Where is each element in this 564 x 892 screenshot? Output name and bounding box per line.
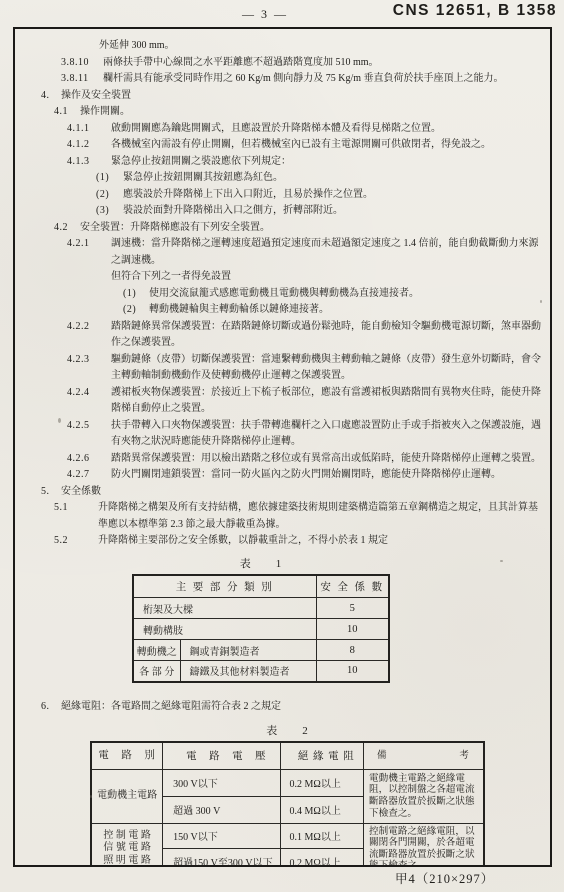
clause-4-1-3: 4.1.3緊急停止按鈕開關之裝設應依下列規定： — [67, 154, 546, 171]
table-header-row: 主 要 部 分 類 別 安 全 係 數 — [133, 575, 389, 598]
clause-number: 4.1.2 — [67, 137, 111, 154]
clause-text: 驅動鏈條（皮帶）切斷保護裝置：當連繫轉動機與主轉動軸之鏈條（皮帶）發生意外切斷時… — [111, 352, 546, 385]
table2-title: 表 2 — [90, 722, 485, 738]
clause-number: 4.2.1 — [67, 236, 111, 269]
category-group-cell: 各 部 分 — [133, 661, 180, 682]
clause-4-1-3-item-3: (3)裝設於面對升降階梯出入口之側方，折轉部附近。 — [96, 203, 546, 220]
clause-number: 4.2.4 — [67, 385, 111, 418]
table1-title: 表 1 — [132, 555, 390, 571]
clause-number: 4.2.2 — [67, 319, 111, 352]
category-cell: 桁架及大樑 — [133, 598, 316, 619]
circuit-cell: 控 制 電 路 信 號 電 路 照 明 電 路 — [91, 823, 163, 867]
column-header-factor: 安 全 係 數 — [316, 575, 389, 598]
circuit-line-lighting: 照 明 電 路 — [95, 855, 159, 867]
clause-4-2-7: 4.2.7防火門關閉連鎖裝置：當同一防火區內之防火門開始關閉時，應能使升降階梯停… — [67, 467, 546, 484]
clause-3-8-9-continuation: 外延伸 300 mm。 — [99, 38, 546, 55]
remark-header-right: 考 — [459, 750, 470, 762]
page-number: — 3 — — [225, 7, 305, 22]
resistance-cell: 0.1 MΩ以上 — [280, 823, 364, 849]
clause-number: 5. — [41, 484, 61, 501]
scan-speck — [500, 560, 503, 562]
clause-number: 4.2.5 — [67, 418, 111, 451]
insulation-resistance-table: 電 路 別 電 路 電 壓 絕 緣 電 阻 備考 電動機主電路 300 V以下 … — [90, 741, 485, 867]
clause-text: 操作及安全裝置 — [61, 88, 546, 105]
clause-4-1-3-item-1: (1)緊急停止按鈕開關其按鈕應為紅色。 — [96, 170, 546, 187]
remark-cell: 電動機主電路之絕緣電阻，以控制盤之各超電流斷路器放置於扳斷之狀態下檢查之。 — [364, 769, 484, 823]
clause-text: 欄杆需具有能承受同時作用之 60 Kg/m 側向靜力及 75 Kg/m 垂直負荷… — [103, 71, 546, 88]
clause-4-2-3: 4.2.3驅動鏈條（皮帶）切斷保護裝置：當連繫轉動機與主轉動軸之鏈條（皮帶）發生… — [67, 352, 546, 385]
clause-number: 4.1 — [54, 104, 80, 121]
standard-code: CNS 12651, B 1358 — [393, 2, 557, 20]
resistance-cell: 0.2 MΩ以上 — [280, 769, 364, 796]
clause-text: 各機械室內需設有停止開關，但若機械室內已設有主電源開關可供啟閉者，得免設之。 — [111, 137, 546, 154]
item-text: 應裝設於升降階梯上下出入口附近，且易於操作之位置。 — [123, 187, 546, 204]
clause-3-8-11: 3.8.11欄杆需具有能承受同時作用之 60 Kg/m 側向靜力及 75 Kg/… — [61, 71, 546, 88]
clause-text: 踏階異常保護裝置：用以檢出踏階之移位或有異常高出或低陷時，能使升降階梯停止運轉之… — [111, 451, 546, 468]
clause-text: 啟動開關應為鑰匙開關式，且應設置於升降階梯本體及看得見梯階之位置。 — [111, 121, 546, 138]
clause-text: 外延伸 300 mm。 — [99, 38, 546, 55]
clause-5-1: 5.1升降階梯之構架及所有支持結構，應依據建築技術規則建築構造篇第五章鋼構造之規… — [54, 500, 546, 533]
clause-4-1-3-item-2: (2)應裝設於升降階梯上下出入口附近，且易於操作之位置。 — [96, 187, 546, 204]
item-number: (1) — [96, 170, 123, 187]
clause-text: 防火門關閉連鎖裝置：當同一防火區內之防火門開始關閉時，應能使升降階梯停止運轉。 — [111, 467, 546, 484]
clause-text: 安全係數 — [61, 484, 546, 501]
clause-text: 兩條扶手帶中心線間之水平距離應不超過踏階寬度加 510 mm。 — [103, 55, 546, 72]
clause-number: 3.8.10 — [61, 55, 103, 72]
scan-speck — [540, 300, 542, 303]
remark-cell: 控制電路之絕緣電阻，以關閉各門開關，於各超電流斷路器放置於扳斷之狀態下檢查之。 — [364, 823, 484, 867]
clause-4-2: 4.2安全裝置：升降階梯應設有下列安全裝置。 — [54, 220, 546, 237]
column-header-voltage: 電 路 電 壓 — [163, 742, 280, 769]
clause-text: 護裙板夾物保護裝置：於接近上下梳子板部位，應設有當護裙板與踏階間有異物夾住時，能… — [111, 385, 546, 418]
paper-size-footnote: 甲4（210×297） — [395, 869, 494, 887]
item-number: (3) — [96, 203, 123, 220]
clause-number: 4.2.7 — [67, 467, 111, 484]
table-row: 轉動機之 鋼或青銅製造者 8 — [133, 640, 389, 661]
category-group-cell: 轉動機之 — [133, 640, 180, 661]
clause-text: 調速機：當升降階梯之運轉速度超過預定速度而未超過額定速度之 1.4 倍前，能自動… — [111, 236, 546, 269]
clause-number: 4.2.3 — [67, 352, 111, 385]
item-number: (1) — [123, 286, 149, 303]
clause-number: 4.2 — [54, 220, 80, 237]
category-cell: 轉動構肢 — [133, 619, 316, 640]
clause-4-2-5: 4.2.5扶手帶轉入口夾物保護裝置：扶手帶轉進欄杆之入口處應設置防止手或手指被夾… — [67, 418, 546, 451]
safety-factor-table: 主 要 部 分 類 別 安 全 係 數 桁架及大樑 5 轉動構肢 10 轉動機之… — [132, 574, 390, 683]
circuit-line-control: 控 制 電 路 — [95, 830, 159, 843]
clause-text: 踏階鏈條異常保護裝置：在踏階鏈條切斷或過份鬆弛時，能自動檢知令驅動機電源切斷，煞… — [111, 319, 546, 352]
table-row: 桁架及大樑 5 — [133, 598, 389, 619]
content-border-frame: 外延伸 300 mm。 3.8.10兩條扶手帶中心線間之水平距離應不超過踏階寬度… — [13, 27, 552, 867]
section-4-heading: 4.操作及安全裝置 — [41, 88, 546, 105]
item-text: 裝設於面對升降階梯出入口之側方，折轉部附近。 — [123, 203, 546, 220]
voltage-cell: 300 V以下 — [163, 769, 280, 796]
table-row: 控 制 電 路 信 號 電 路 照 明 電 路 150 V以下 0.1 MΩ以上… — [91, 823, 484, 849]
item-number: (2) — [123, 302, 149, 319]
scan-speck — [58, 418, 61, 423]
scanned-standard-page: — 3 — CNS 12651, B 1358 外延伸 300 mm。 3.8.… — [0, 0, 564, 892]
item-text: 緊急停止按鈕開關其按鈕應為紅色。 — [123, 170, 546, 187]
column-header-resistance: 絕 緣 電 阻 — [280, 742, 364, 769]
clause-number: 5.1 — [54, 500, 98, 533]
scan-speck — [90, 795, 92, 798]
clause-3-8-10: 3.8.10兩條扶手帶中心線間之水平距離應不超過踏階寬度加 510 mm。 — [61, 55, 546, 72]
remark-header-left: 備 — [377, 750, 388, 762]
clause-number: 3.8.11 — [61, 71, 103, 88]
clause-5-2: 5.2升降階梯主要部份之安全係數，以靜載重計之，不得小於表 1 規定 — [54, 533, 546, 550]
circuit-cell: 電動機主電路 — [91, 769, 163, 823]
clause-text: 升降階梯主要部份之安全係數，以靜載重計之，不得小於表 1 規定 — [98, 533, 546, 550]
clause-number: 4.1.3 — [67, 154, 111, 171]
column-header-remark: 備考 — [364, 742, 484, 769]
factor-cell: 10 — [316, 619, 389, 640]
clause-4-2-2: 4.2.2踏階鏈條異常保護裝置：在踏階鏈條切斷或過份鬆弛時，能自動檢知令驅動機電… — [67, 319, 546, 352]
circuit-line-signal: 信 號 電 路 — [95, 842, 159, 855]
item-number: (2) — [96, 187, 123, 204]
clause-4-2-1-item-1: (1)使用交流鼠籠式感應電動機且電動機與轉動機為直接連接者。 — [123, 286, 546, 303]
voltage-cell: 超過 300 V — [163, 796, 280, 823]
clause-text: 操作開關。 — [80, 104, 546, 121]
clause-number: 5.2 — [54, 533, 98, 550]
factor-cell: 10 — [316, 661, 389, 682]
voltage-cell: 150 V以下 — [163, 823, 280, 849]
factor-cell: 5 — [316, 598, 389, 619]
clause-text: 扶手帶轉入口夾物保護裝置：扶手帶轉進欄杆之入口處應設置防止手或手指被夾入之保護設… — [111, 418, 546, 451]
clause-number: 4.1.1 — [67, 121, 111, 138]
table-row: 各 部 分 鑄鐵及其他材料製造者 10 — [133, 661, 389, 682]
category-cell: 鋼或青銅製造者 — [180, 640, 316, 661]
remark-header-spread: 備考 — [369, 750, 478, 762]
table-row: 轉動構肢 10 — [133, 619, 389, 640]
column-header-circuit: 電 路 別 — [91, 742, 163, 769]
clause-4-1-1: 4.1.1啟動開關應為鑰匙開關式，且應設置於升降階梯本體及看得見梯階之位置。 — [67, 121, 546, 138]
clause-4-2-6: 4.2.6踏階異常保護裝置：用以檢出踏階之移位或有異常高出或低陷時，能使升降階梯… — [67, 451, 546, 468]
section-5-heading: 5.安全係數 — [41, 484, 546, 501]
resistance-cell: 0.2 MΩ以上 — [280, 849, 364, 867]
clause-4-2-1-exception-note: 但符合下列之一者得免設置 — [111, 269, 546, 286]
clause-4-2-1: 4.2.1調速機：當升降階梯之運轉速度超過預定速度而未超過額定速度之 1.4 倍… — [67, 236, 546, 269]
section-6-heading: 6.絕緣電阻：各電路間之絕緣電阻需符合表 2 之規定 — [41, 699, 546, 716]
item-text: 使用交流鼠籠式感應電動機且電動機與轉動機為直接連接者。 — [149, 286, 546, 303]
item-text: 轉動機鏈輪與主轉動輪係以鏈條連接著。 — [149, 302, 546, 319]
clause-text: 緊急停止按鈕開關之裝設應依下列規定： — [111, 154, 546, 171]
voltage-cell: 超過150 V至300 V以下 — [163, 849, 280, 867]
resistance-cell: 0.4 MΩ以上 — [280, 796, 364, 823]
column-header-category: 主 要 部 分 類 別 — [133, 575, 316, 598]
clause-4-2-1-item-2: (2)轉動機鏈輪與主轉動輪係以鏈條連接著。 — [123, 302, 546, 319]
table-row: 電動機主電路 300 V以下 0.2 MΩ以上 電動機主電路之絕緣電阻，以控制盤… — [91, 769, 484, 796]
table-header-row: 電 路 別 電 路 電 壓 絕 緣 電 阻 備考 — [91, 742, 484, 769]
factor-cell: 8 — [316, 640, 389, 661]
clause-4-1-2: 4.1.2各機械室內需設有停止開關，但若機械室內已設有主電源開關可供啟閉者，得免… — [67, 137, 546, 154]
clause-text: 絕緣電阻：各電路間之絕緣電阻需符合表 2 之規定 — [61, 699, 546, 716]
clause-text: 安全裝置：升降階梯應設有下列安全裝置。 — [80, 220, 546, 237]
clause-number: 4.2.6 — [67, 451, 111, 468]
category-cell: 鑄鐵及其他材料製造者 — [180, 661, 316, 682]
clause-4-2-4: 4.2.4護裙板夾物保護裝置：於接近上下梳子板部位，應設有當護裙板與踏階間有異物… — [67, 385, 546, 418]
clause-number: 6. — [41, 699, 61, 716]
clause-4-1: 4.1操作開關。 — [54, 104, 546, 121]
clause-text: 升降階梯之構架及所有支持結構，應依據建築技術規則建築構造篇第五章鋼構造之規定，且… — [98, 500, 546, 533]
note-text: 但符合下列之一者得免設置 — [111, 269, 546, 286]
clause-number: 4. — [41, 88, 61, 105]
